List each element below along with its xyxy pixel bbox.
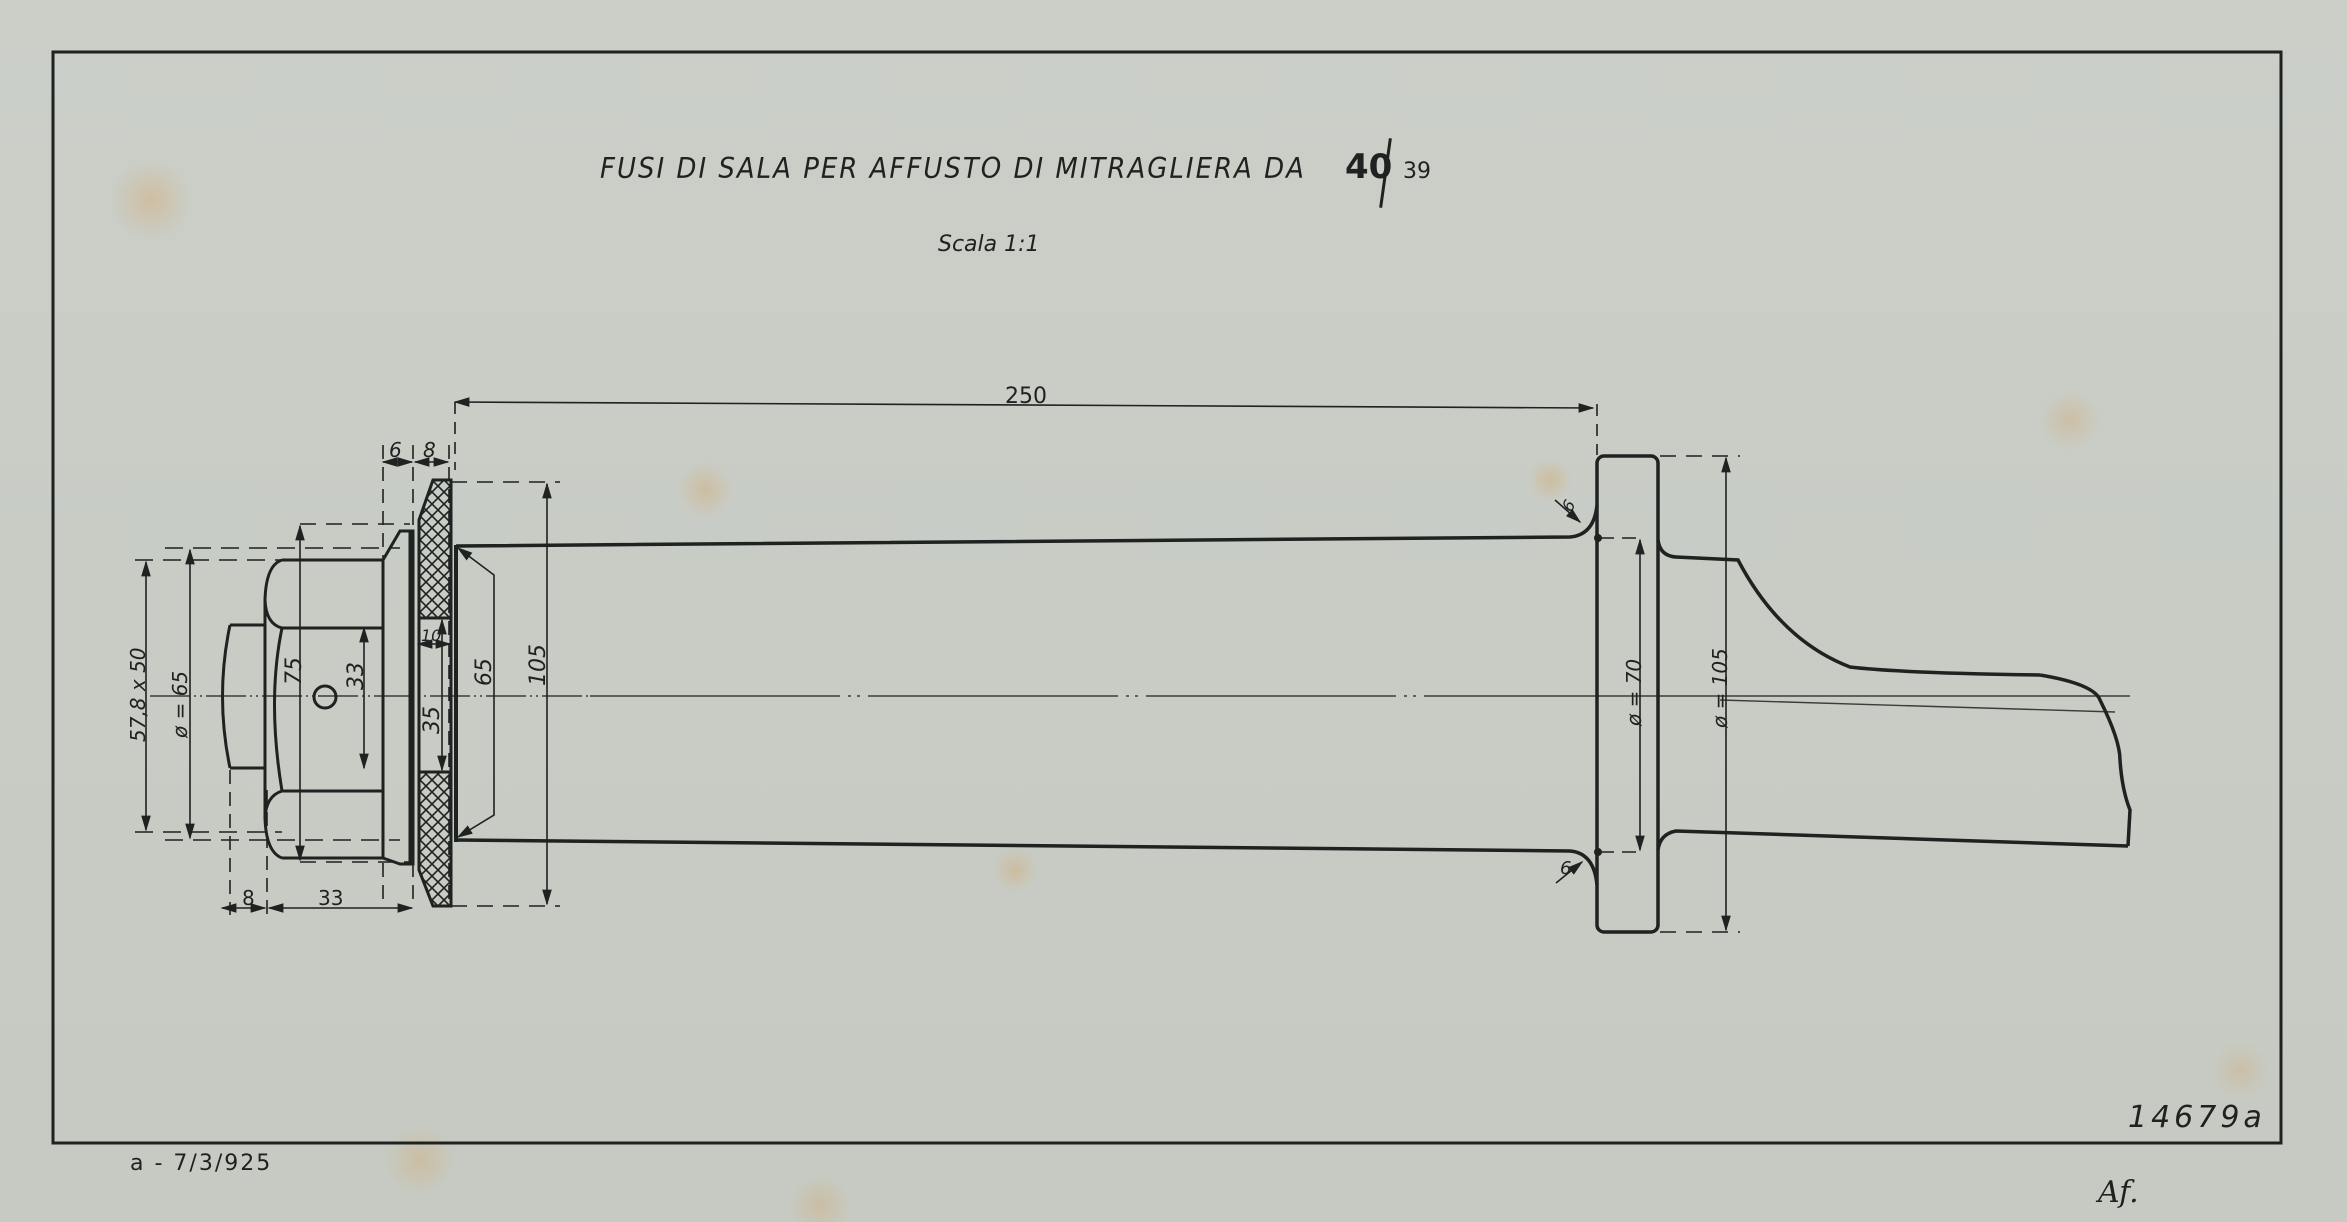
drawing-number: 14679a (2128, 1103, 2266, 1133)
dim-washer-diameter: 105 (528, 644, 550, 686)
washer-section (419, 480, 451, 906)
hex-nut (223, 531, 414, 864)
dim-hole-span: 33 (346, 662, 368, 690)
date-note: a - 7/3/925 (130, 1153, 272, 1175)
dim-nut-offset: 8 (242, 888, 255, 908)
dim-chamfer-diameter: 65 (474, 658, 496, 686)
axle-shaft (456, 505, 1597, 885)
dim-washer-thickness-1: 6 (389, 440, 402, 460)
scale-label: Scala 1:1 (938, 234, 1040, 256)
dim-overall-length: 250 (1005, 386, 1047, 408)
signature: Af. (2098, 1178, 2139, 1208)
flange (1597, 456, 2130, 932)
dim-fillet-bottom: 6 (1560, 860, 1571, 878)
dim-bore-depth: 35 (422, 706, 444, 734)
dim-collar-diameter: ø = 70 (1624, 659, 1644, 726)
caliber-denominator: 39 (1403, 161, 1431, 183)
dim-nut-height: 75 (284, 657, 306, 685)
drawing-sheet: FUSI DI SALA PER AFFUSTO DI MITRAGLIERA … (0, 0, 2347, 1222)
dim-washer-thickness-2: 8 (423, 440, 436, 460)
centerline (150, 696, 2130, 712)
dim-thread-diameter: ø = 65 (170, 671, 190, 738)
drawing-title: FUSI DI SALA PER AFFUSTO DI MITRAGLIERA … (600, 155, 1306, 184)
dim-nut-length: 33 (318, 888, 343, 908)
dim-nut-width: 57,8 x 50 (128, 647, 148, 742)
dimension-lines (135, 402, 1740, 932)
dim-bore-width: 10 (421, 628, 441, 644)
drawing-frame (53, 52, 2281, 1143)
dim-flange-diameter: ø = 105 (1710, 648, 1730, 728)
